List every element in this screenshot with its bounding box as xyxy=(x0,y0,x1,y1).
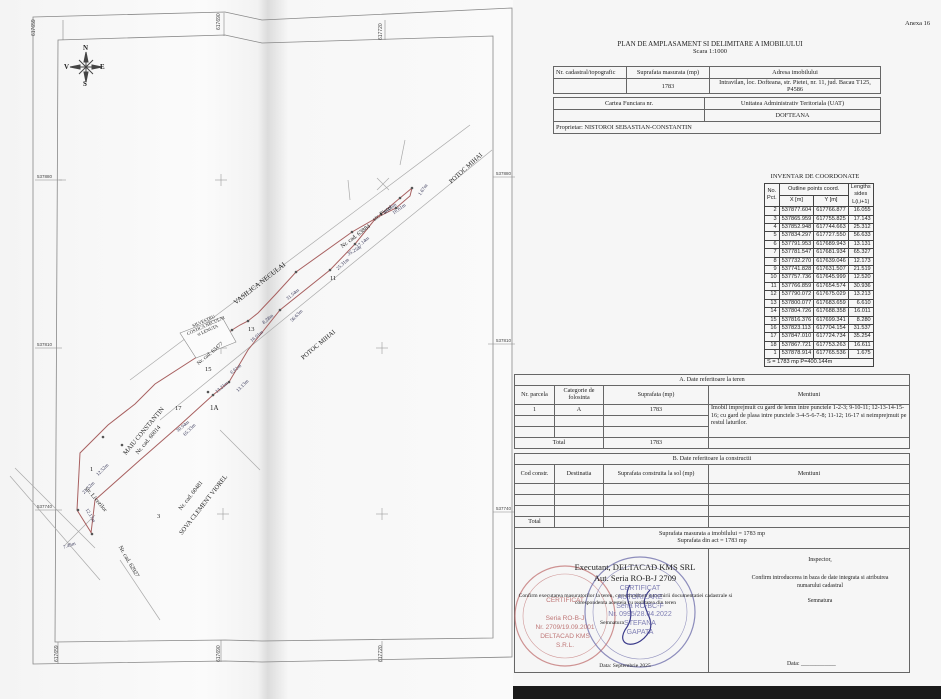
inventory-cell-x: 537741.828 xyxy=(779,266,814,274)
executant-name: Executant, DELTACAD KMS SRL xyxy=(560,562,710,572)
parcela-categorie: A xyxy=(555,405,604,416)
annex-label: Anexa 16 xyxy=(905,20,930,27)
grid-label-x3-right: 537740 xyxy=(496,506,511,511)
adresa-value: Intravilan, loc. Dofteana, str. Pietei, … xyxy=(710,79,881,94)
grid-label-y2-bottom: 617690 xyxy=(216,645,222,662)
inventory-cell-l: 25.312 xyxy=(848,224,873,232)
cf-uat-table: Cartea Funciara nr. Unitatea Administrat… xyxy=(553,97,881,134)
inventory-row: 1537878.914617765.5361.675 xyxy=(765,350,874,358)
inventory-cell-x: 537816.376 xyxy=(779,316,814,324)
carte-funciara-value xyxy=(554,110,705,122)
inventory-cell-l: 1.675 xyxy=(848,350,873,358)
grid-label-x1: 537880 xyxy=(37,174,52,179)
inventory-row: 5537834.297617727.55056.633 xyxy=(765,232,874,240)
area-label-15: 15 xyxy=(205,366,212,373)
col-no: No. Pct. xyxy=(765,184,780,207)
inventory-row: 11537766.859617654.57430.936 xyxy=(765,282,874,290)
inventory-cell-y: 617753.263 xyxy=(814,341,849,349)
section-a-title: A. Date referitoare la teren xyxy=(515,375,910,386)
uat-label: Unitatea Administrativ Teritoriala (UAT) xyxy=(705,98,881,110)
inventory-cell-l: 16.055 xyxy=(848,207,873,215)
stamp-autorizare: CERTIFICATAUTORIZARESeria RO-BC-FNr. 099… xyxy=(595,585,685,638)
inventory-cell-x: 537852.948 xyxy=(779,224,814,232)
uat-value: DOFTEANA xyxy=(705,110,881,122)
header-cod-constr: Cod constr. xyxy=(515,465,555,484)
inventory-cell-y: 617689.943 xyxy=(814,240,849,248)
grid-label-x2-right: 537810 xyxy=(496,338,511,343)
grid-label-y3-bottom: 617720 xyxy=(378,645,384,662)
inventory-cell-no: 17 xyxy=(765,333,780,341)
inventory-cell-l: 35.254 xyxy=(848,333,873,341)
inventory-cell-y: 617675.029 xyxy=(814,291,849,299)
inventory-cell-l: 8.280 xyxy=(848,316,873,324)
inventory-cell-y: 617704.154 xyxy=(814,324,849,332)
inventory-cell-no: 4 xyxy=(765,224,780,232)
inventory-cell-no: 11 xyxy=(765,282,780,290)
inventory-cell-l: 21.519 xyxy=(848,266,873,274)
parcel-label-1a: 1A xyxy=(210,404,219,412)
inspector-date: Data: ____________ xyxy=(787,661,836,667)
header-suprafata-constr: Suprafata construita la sol (mp) xyxy=(604,465,709,484)
property-header-table: Nr. cadastral/topografic Suprafata masur… xyxy=(553,66,881,94)
inspector-title: Inspector, xyxy=(735,557,905,563)
nr-cadastral-label: Nr. cadastral/topografic xyxy=(554,67,627,79)
inventory-cell-no: 12 xyxy=(765,291,780,299)
inventory-cell-l: 65.327 xyxy=(848,249,873,257)
inventory-cell-y: 617681.934 xyxy=(814,249,849,257)
document-scale: Scara 1:1000 xyxy=(580,48,840,55)
inventory-cell-l: 12.173 xyxy=(848,257,873,265)
header-categorie: Categorie de folosinta xyxy=(555,386,604,405)
inventory-cell-x: 537847.010 xyxy=(779,333,814,341)
inventory-cell-no: 18 xyxy=(765,341,780,349)
inventory-cell-y: 617639.046 xyxy=(814,257,849,265)
inventory-row: 14537804.726617688.35816.011 xyxy=(765,308,874,316)
parcela-suprafata: 1783 xyxy=(604,405,709,416)
inventory-row: 16537823.113617704.15431.537 xyxy=(765,324,874,332)
inventory-cell-no: 9 xyxy=(765,266,780,274)
area-label-13: 13 xyxy=(248,326,255,333)
inventory-cell-x: 537800.077 xyxy=(779,299,814,307)
inventory-cell-no: 14 xyxy=(765,308,780,316)
nr-cadastral-value xyxy=(554,79,627,94)
compass-w-label: V xyxy=(64,63,69,71)
inventory-cell-x: 537757.736 xyxy=(779,274,814,282)
inventory-cell-y: 617688.358 xyxy=(814,308,849,316)
inventory-row: 15537816.376617699.3418.280 xyxy=(765,316,874,324)
inventory-cell-x: 537791.953 xyxy=(779,240,814,248)
inventory-cell-x: 537790.072 xyxy=(779,291,814,299)
inventory-cell-l: 13.213 xyxy=(848,291,873,299)
inventory-cell-x: 537878.914 xyxy=(779,350,814,358)
coordinate-inventory-table: No. Pct. Outline points coord. Lengths s… xyxy=(764,183,874,367)
inventory-cell-x: 537732.270 xyxy=(779,257,814,265)
suprafata-label: Suprafata masurata (mp) xyxy=(627,67,710,79)
inventory-cell-x: 537865.959 xyxy=(779,215,814,223)
grid-label-y3: 617720 xyxy=(378,23,384,40)
compass-s-label: S xyxy=(83,80,87,88)
inventory-row: 4537852.948617744.66325.312 xyxy=(765,224,874,232)
col-coord: Outline points coord. xyxy=(779,184,848,196)
inventory-cell-x: 537766.859 xyxy=(779,282,814,290)
inventory-cell-no: 13 xyxy=(765,299,780,307)
inventory-row: 17537847.010617724.73435.254 xyxy=(765,333,874,341)
inventory-cell-y: 617727.550 xyxy=(814,232,849,240)
inventory-cell-no: 7 xyxy=(765,249,780,257)
inventory-cell-x: 537867.721 xyxy=(779,341,814,349)
inventory-row: 7537781.547617681.93465.327 xyxy=(765,249,874,257)
area-label-1: 1 xyxy=(90,466,93,473)
total-label-a: Total xyxy=(515,438,604,449)
grid-label-y1: 617659 xyxy=(31,19,37,36)
inventory-cell-l: 31.537 xyxy=(848,324,873,332)
inventory-cell-no: 8 xyxy=(765,257,780,265)
inventory-cell-x: 537781.547 xyxy=(779,249,814,257)
inspector-cell xyxy=(709,549,910,673)
surface-summary: Suprafata masurata a imobilului = 1783 m… xyxy=(515,528,910,549)
proprietar: Proprietar: NISTOROI SEBASTIAN-CONSTANTI… xyxy=(554,122,881,134)
total-label-b: Total xyxy=(515,517,555,528)
inspector-confirm: Confirm introducerea in baza de date int… xyxy=(745,575,895,590)
inventory-cell-y: 617699.341 xyxy=(814,316,849,324)
col-len: Lengths sides L(i,i+1) xyxy=(848,184,873,207)
col-y: Y [m] xyxy=(814,195,849,207)
inventory-row: 10537757.736617645.99912.520 xyxy=(765,274,874,282)
inventory-row: 12537790.072617675.02913.213 xyxy=(765,291,874,299)
inspector-semnatura: Semnatura xyxy=(735,598,905,604)
section-b-title: B. Date referitoare la constructii xyxy=(515,454,910,465)
inventory-row: 18537867.721617753.26316.611 xyxy=(765,341,874,349)
executant-aut: Aut. Seria RO-B-J 2709 xyxy=(560,573,710,583)
inventory-cell-no: 3 xyxy=(765,215,780,223)
grid-label-x1-right: 537880 xyxy=(496,171,511,176)
grid-label-y1-bottom: 617659 xyxy=(54,645,60,662)
inventory-row: 13537800.077617683.6596.610 xyxy=(765,299,874,307)
inventory-cell-y: 617765.536 xyxy=(814,350,849,358)
inventory-cell-l: 56.633 xyxy=(848,232,873,240)
document-title: PLAN DE AMPLASAMENT SI DELIMITARE A IMOB… xyxy=(580,40,840,48)
area-label-11: 11 xyxy=(330,275,336,282)
compass-e-label: E xyxy=(100,63,105,71)
inventory-cell-no: 2 xyxy=(765,207,780,215)
grid-label-x2: 537810 xyxy=(37,342,52,347)
compass-n-label: N xyxy=(83,44,88,52)
inventory-cell-y: 617631.507 xyxy=(814,266,849,274)
inventory-cell-y: 617654.574 xyxy=(814,282,849,290)
scan-edge xyxy=(513,686,941,699)
inventory-summary: S = 1783 mp P=400.144m xyxy=(765,358,874,366)
suprafata-value: 1783 xyxy=(627,79,710,94)
col-x: X [m] xyxy=(779,195,814,207)
inventory-cell-no: 6 xyxy=(765,240,780,248)
inventory-row: 2537877.604617766.87716.055 xyxy=(765,207,874,215)
inventory-cell-x: 537877.604 xyxy=(779,207,814,215)
inventory-cell-y: 617645.999 xyxy=(814,274,849,282)
inventory-cell-l: 12.520 xyxy=(848,274,873,282)
inventory-row: 3537865.959617755.82517.143 xyxy=(765,215,874,223)
inventory-cell-l: 16.011 xyxy=(848,308,873,316)
inventory-row: 9537741.828617631.50721.519 xyxy=(765,266,874,274)
inventory-cell-y: 617755.825 xyxy=(814,215,849,223)
inventory-cell-no: 16 xyxy=(765,324,780,332)
header-mentiuni: Mentiuni xyxy=(709,386,910,405)
total-value-a: 1783 xyxy=(604,438,709,449)
inventory-cell-x: 537823.113 xyxy=(779,324,814,332)
inventory-cell-no: 15 xyxy=(765,316,780,324)
parcela-nr: 1 xyxy=(515,405,555,416)
inventory-cell-l: 30.936 xyxy=(848,282,873,290)
inventory-cell-y: 617744.663 xyxy=(814,224,849,232)
executant-date: Data: Septembrie 2025 xyxy=(570,663,680,669)
header-mentiuni-b: Mentiuni xyxy=(709,465,910,484)
inventory-cell-y: 617766.877 xyxy=(814,207,849,215)
inventory-cell-l: 6.610 xyxy=(848,299,873,307)
header-destinatia: Destinatia xyxy=(555,465,604,484)
inventory-cell-l: 16.611 xyxy=(848,341,873,349)
parcela-mentiuni: Imobil imprejmuit cu gard de lemn intre … xyxy=(709,405,910,438)
inventory-cell-x: 537834.297 xyxy=(779,232,814,240)
inventory-row: 8537732.270617639.04612.173 xyxy=(765,257,874,265)
area-label-3: 3 xyxy=(157,513,160,520)
adresa-label: Adresa imobilului xyxy=(710,67,881,79)
inventory-title: INVENTAR DE COORDONATE xyxy=(760,173,870,180)
inventory-cell-l: 17.143 xyxy=(848,215,873,223)
inventory-row: 6537791.953617689.94313.131 xyxy=(765,240,874,248)
grid-label-x3: 537740 xyxy=(37,504,52,509)
inventory-cell-no: 5 xyxy=(765,232,780,240)
inventory-cell-l: 13.131 xyxy=(848,240,873,248)
inventory-cell-x: 537804.726 xyxy=(779,308,814,316)
area-label-17: 17 xyxy=(175,405,182,412)
grid-label-y2: 617690 xyxy=(216,13,222,30)
inventory-cell-no: 1 xyxy=(765,350,780,358)
header-nr-parcela: Nr. parcela xyxy=(515,386,555,405)
carte-funciara-label: Cartea Funciara nr. xyxy=(554,98,705,110)
inventory-cell-no: 10 xyxy=(765,274,780,282)
inventory-cell-y: 617724.734 xyxy=(814,333,849,341)
header-suprafata: Suprafata (mp) xyxy=(604,386,709,405)
section-a-table: A. Date referitoare la teren Nr. parcela… xyxy=(514,374,910,449)
inventory-cell-y: 617683.659 xyxy=(814,299,849,307)
